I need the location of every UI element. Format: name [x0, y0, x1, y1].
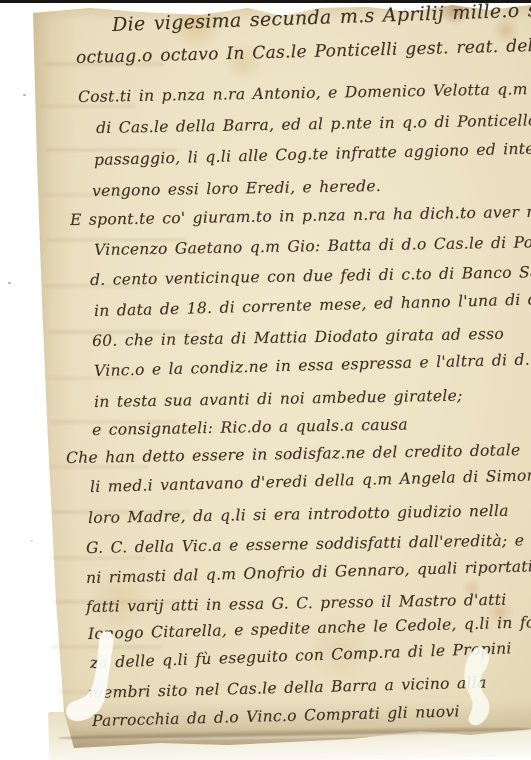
manuscript-line: Parrocchia da d.o Vinc.o Comprati gli nu…: [92, 702, 460, 730]
manuscript-line: Vinc.o e la condiz.ne in essa espressa e…: [94, 350, 531, 380]
scan-border-top: [0, 0, 531, 3]
manuscript-line: vengono essi loro Eredi, e herede.: [92, 177, 381, 200]
manuscript-line: e consignateli: Ric.do a quals.a causa: [92, 415, 408, 439]
manuscript-line: Ionogo Citarella, e spedite anche le Ced…: [88, 613, 531, 643]
manuscript-line: loro Madre, da q.li si era introdotto gi…: [88, 502, 509, 527]
manuscript-line: za delle q.li fù eseguito con Comp.ra di…: [90, 639, 512, 672]
manuscript-line: di Cas.le della Barra, ed al p.nte in q.…: [96, 111, 531, 137]
paper-damage-blob-right: [452, 645, 500, 733]
manuscript-line: fatti varij atti in essa G. C. presso il…: [86, 591, 507, 616]
scanned-manuscript-photo: Die vigesima secunda m.s Aprilij mille.o…: [0, 0, 531, 760]
manuscript-line: 60. che in testa di Mattia Diodato girat…: [92, 325, 504, 350]
manuscript-line: G. C. della Vic.a e esserne soddisfatti …: [86, 531, 531, 557]
manuscript-line: Vincenzo Gaetano q.m Gio: Batta di d.o C…: [94, 232, 531, 259]
manuscript-line: membri sito nel Cas.le della Barra a vic…: [88, 674, 487, 702]
manuscript-line: passaggio, li q.li alle Cog.te infratte …: [94, 139, 531, 169]
paper-damage-blob-left: [60, 628, 124, 732]
manuscript-line: Die vigesima secunda m.s Aprilij mille.o…: [112, 0, 531, 36]
manuscript-line: ni rimasti dal q.m Onofrio di Gennaro, q…: [86, 557, 531, 587]
manuscript-line: octuag.o octavo In Cas.le Ponticelli ges…: [76, 35, 531, 68]
manuscript-line: in testa sua avanti di noi ambedue girat…: [94, 387, 463, 411]
manuscript-line: in data de 18. di corrente mese, ed hann…: [94, 290, 531, 320]
manuscript-line: Cost.ti in p.nza n.ra Antonio, e Domenic…: [78, 78, 531, 106]
manuscript-line: Che han detto essere in sodisfaz.ne del …: [66, 441, 521, 467]
manuscript-line: li med.i vantavano d'eredi della q.m Ang…: [90, 466, 531, 496]
manuscript-line: d. cento venticinque con due fedi di c.t…: [90, 262, 531, 289]
manuscript-line: E spont.te co' giuram.to in p.nza n.ra h…: [70, 201, 531, 229]
